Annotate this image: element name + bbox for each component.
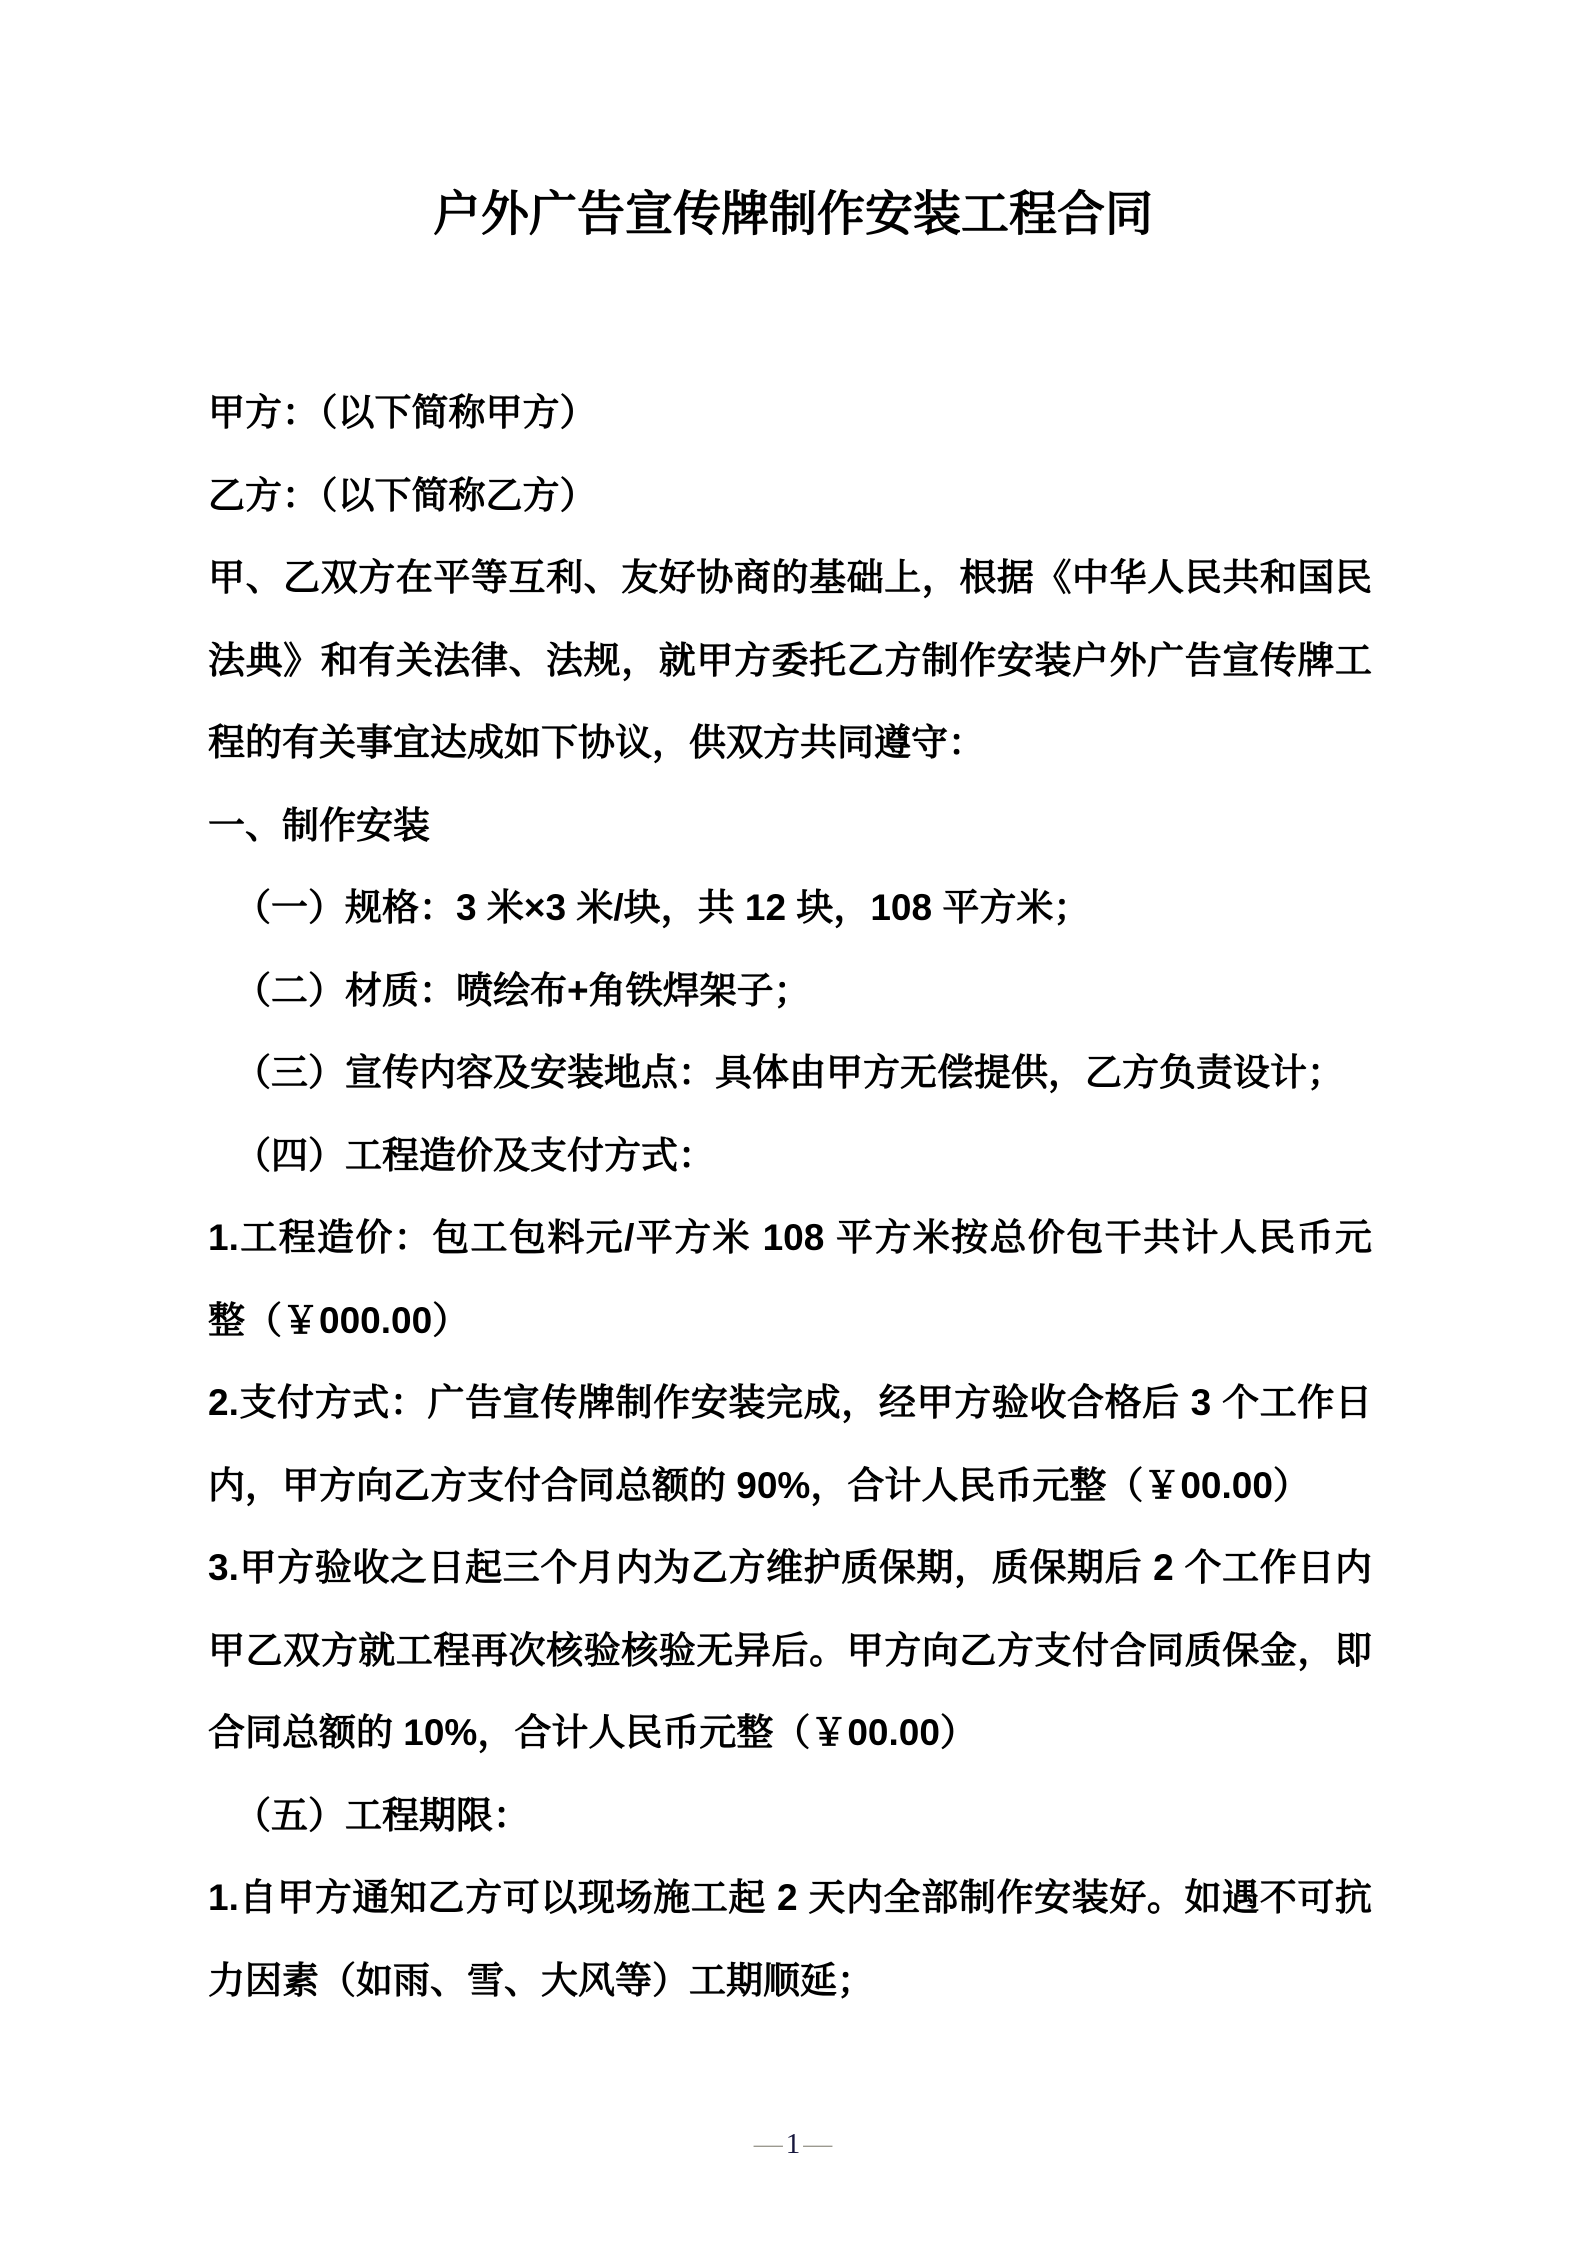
text-line: （四）工程造价及支付方式： bbox=[208, 1115, 1372, 1198]
text-line: 甲乙双方就工程再次核验核验无异后。甲方向乙方支付合同质保金，即 bbox=[208, 1610, 1372, 1693]
text-line: （一）规格：3 米×3 米/块，共 12 块，108 平方米； bbox=[208, 867, 1372, 950]
text-line: （三）宣传内容及安装地点：具体由甲方无偿提供，乙方负责设计； bbox=[208, 1032, 1372, 1115]
text-line: （五）工程期限： bbox=[208, 1775, 1372, 1858]
footer-dash-left: — bbox=[754, 2128, 783, 2160]
text-line: 力因素（如雨、雪、大风等）工期顺延； bbox=[208, 1940, 1372, 2023]
text-line: 乙方：（以下简称乙方） bbox=[208, 455, 1372, 538]
text-line: 整（￥000.00） bbox=[208, 1280, 1372, 1363]
text-line: 一、制作安装 bbox=[208, 785, 1372, 868]
text-line: 甲、乙双方在平等互利、友好协商的基础上，根据《中华人民共和国民 bbox=[208, 537, 1372, 620]
page-footer: —1— bbox=[0, 2124, 1586, 2164]
text-line: 3.甲方验收之日起三个月内为乙方维护质保期，质保期后 2 个工作日内 bbox=[208, 1527, 1372, 1610]
page-number: 1 bbox=[783, 2128, 804, 2160]
text-line: 程的有关事宜达成如下协议，供双方共同遵守： bbox=[208, 702, 1372, 785]
text-line: 内，甲方向乙方支付合同总额的 90%，合计人民币元整（￥00.00） bbox=[208, 1445, 1372, 1528]
document-body: 甲方：（以下简称甲方）乙方：（以下简称乙方）甲、乙双方在平等互利、友好协商的基础… bbox=[208, 372, 1372, 2022]
document-title: 户外广告宣传牌制作安装工程合同 bbox=[0, 186, 1586, 244]
text-line: 甲方：（以下简称甲方） bbox=[208, 372, 1372, 455]
footer-dash-right: — bbox=[803, 2128, 832, 2160]
contract-document-page: 户外广告宣传牌制作安装工程合同 甲方：（以下简称甲方）乙方：（以下简称乙方）甲、… bbox=[0, 0, 1586, 2244]
text-line: 法典》和有关法律、法规，就甲方委托乙方制作安装户外广告宣传牌工 bbox=[208, 620, 1372, 703]
text-line: 合同总额的 10%，合计人民币元整（￥00.00） bbox=[208, 1692, 1372, 1775]
text-line: 2.支付方式：广告宣传牌制作安装完成，经甲方验收合格后 3 个工作日 bbox=[208, 1362, 1372, 1445]
text-line: （二）材质：喷绘布+角铁焊架子； bbox=[208, 950, 1372, 1033]
text-line: 1.工程造价：包工包料元/平方米 108 平方米按总价包干共计人民币元 bbox=[208, 1197, 1372, 1280]
text-line: 1.自甲方通知乙方可以现场施工起 2 天内全部制作安装好。如遇不可抗 bbox=[208, 1857, 1372, 1940]
